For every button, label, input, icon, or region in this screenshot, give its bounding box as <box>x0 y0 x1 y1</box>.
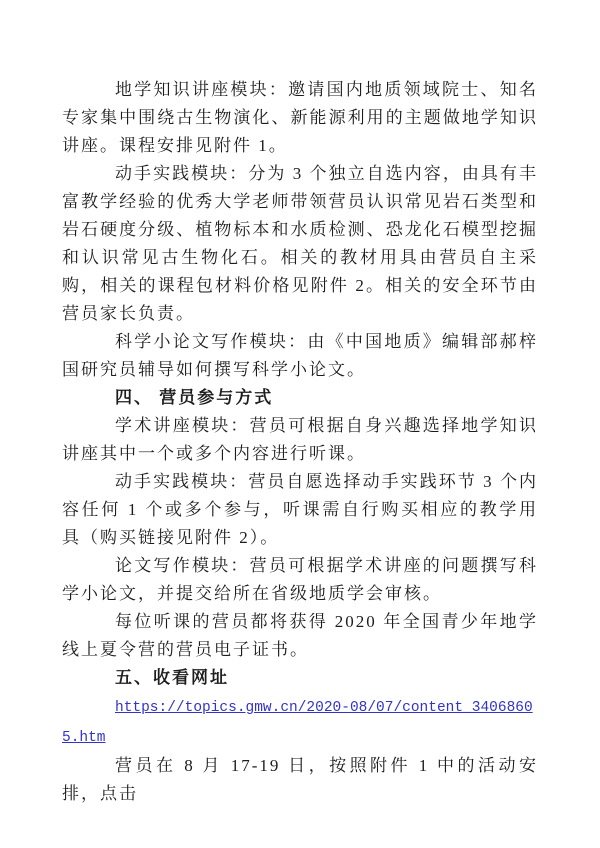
heading-section-4-participation: 四、 营员参与方式 <box>62 384 538 412</box>
viewing-url-paragraph: https://topics.gmw.cn/2020-08/07/content… <box>62 692 538 752</box>
document-page: 地学知识讲座模块：邀请国内地质领域院士、知名专家集中围绕古生物演化、新能源利用的… <box>0 0 600 848</box>
para-schedule-instruction: 营员在 8 月 17-19 日，按照附件 1 中的活动安排，点击 <box>62 752 538 808</box>
document-text-block: 地学知识讲座模块：邀请国内地质领域院士、知名专家集中围绕古生物演化、新能源利用的… <box>62 76 538 808</box>
para-science-paper-module: 科学小论文写作模块：由《中国地质》编辑部郝梓国研究员辅导如何撰写科学小论文。 <box>62 328 538 384</box>
para-hands-on-practice-module: 动手实践模块：分为 3 个独立自选内容，由具有丰富教学经验的优秀大学老师带领营员… <box>62 160 538 328</box>
para-geology-lecture-module: 地学知识讲座模块：邀请国内地质领域院士、知名专家集中围绕古生物演化、新能源利用的… <box>62 76 538 160</box>
para-practice-participation: 动手实践模块：营员自愿选择动手实践环节 3 个内容任何 1 个或多个参与，听课需… <box>62 468 538 552</box>
para-lecture-participation: 学术讲座模块：营员可根据自身兴趣选择地学知识讲座其中一个或多个内容进行听课。 <box>62 412 538 468</box>
para-certificate: 每位听课的营员都将获得 2020 年全国青少年地学线上夏令营的营员电子证书。 <box>62 608 538 664</box>
heading-section-5-viewing-url: 五、收看网址 <box>62 664 538 692</box>
viewing-url-link[interactable]: https://topics.gmw.cn/2020-08/07/content… <box>62 700 533 746</box>
para-paper-participation: 论文写作模块：营员可根据学术讲座的问题撰写科学小论文，并提交给所在省级地质学会审… <box>62 552 538 608</box>
